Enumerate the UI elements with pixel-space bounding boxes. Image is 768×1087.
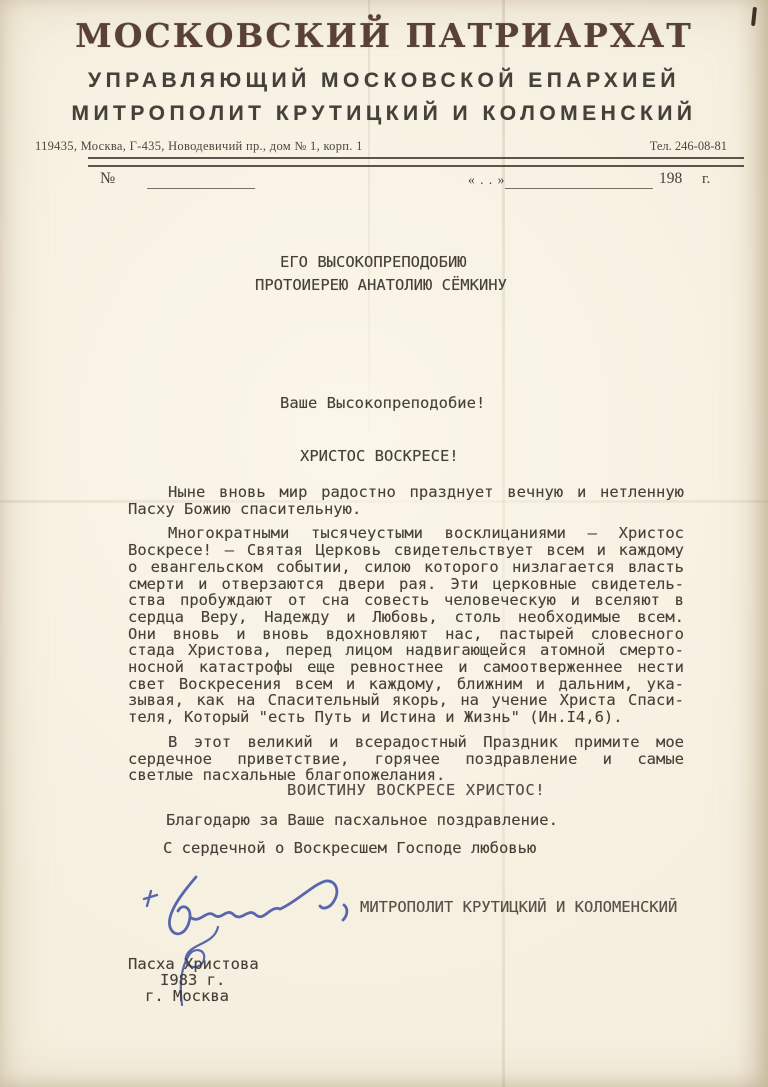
body-line: Ныне вновь мир радостно празднует вечную… bbox=[128, 484, 684, 501]
paschal-greeting: ХРИСТОС ВОСКРЕСЕ! bbox=[300, 448, 459, 465]
body-paragraph: Ныне вновь мир радостно празднует вечную… bbox=[128, 484, 684, 517]
footer-city: г. Москва bbox=[145, 988, 229, 1005]
date-year: 198 bbox=[659, 170, 682, 188]
body-line: стада Христова, перед лицом надвигающейс… bbox=[128, 642, 684, 659]
body-line: сердца Веру, Надежду и Любовь, столь нео… bbox=[128, 609, 684, 626]
body-line: Они вновь и вновь вдохновляют нас, пасты… bbox=[128, 626, 684, 643]
date-blank bbox=[505, 188, 653, 189]
body-line: носной катастрофы еще ревностнее и самоо… bbox=[128, 659, 684, 676]
body-paragraph: Многократными тысячеустыми восклицаниями… bbox=[128, 525, 684, 725]
salutation: Ваше Высокопреподобие! bbox=[280, 395, 485, 412]
date-quote-marks: « . . » bbox=[468, 172, 505, 188]
letterhead-subtitle-2: МИТРОПОЛИТ КРУТИЦКИЙ И КОЛОМЕНСКИЙ bbox=[0, 103, 768, 125]
closing-thanks: Благодарю за Ваше пасхальное поздравлени… bbox=[166, 812, 558, 829]
body-line: теля, Который "есть Путь и Истина и Жизн… bbox=[128, 709, 684, 726]
body-line: ства пробуждают от сна совесть человечес… bbox=[128, 592, 684, 609]
addressee-line-1: ЕГО ВЫСОКОПРЕПОДОБИЮ bbox=[280, 254, 467, 271]
body-line: Пасху Божию спасительную. bbox=[128, 501, 684, 518]
body-line: сердечное приветствие, горячее поздравле… bbox=[128, 751, 684, 768]
document-number-label: № bbox=[100, 170, 115, 188]
paper-crease bbox=[368, 0, 370, 430]
letterhead-divider bbox=[88, 157, 744, 167]
body-paragraphs: Ныне вновь мир радостно празднует вечную… bbox=[128, 484, 684, 792]
letterhead-phone: Тел. 246-08-81 bbox=[650, 139, 727, 154]
body-line: Воскресе! – Святая Церковь свидетельству… bbox=[128, 542, 684, 559]
letterhead-subtitle-1: УПРАВЛЯЮЩИЙ МОСКОВСКОЙ ЕПАРХИЕЙ bbox=[0, 70, 768, 92]
body-line: зывая, как на Спасительный якорь, на уче… bbox=[128, 692, 684, 709]
paschal-response: ВОИСТИНУ ВОСКРЕСЕ ХРИСТОС! bbox=[287, 782, 545, 799]
body-paragraph: В этот великий и всерадостный Праздник п… bbox=[128, 734, 684, 784]
body-line: свет Воскресения всем и каждому, ближним… bbox=[128, 676, 684, 693]
date-year-suffix: г. bbox=[702, 171, 710, 188]
addressee-line-2: ПРОТОИЕРЕЮ АНАТОЛИЮ СЁМКИНУ bbox=[255, 277, 507, 294]
body-line: смерти и отверзаются двери рая. Эти церк… bbox=[128, 576, 684, 593]
closing-valediction: С сердечной о Воскресшем Господе любовью bbox=[163, 840, 536, 857]
signer-title: МИТРОПОЛИТ КРУТИЦКИЙ И КОЛОМЕНСКИЙ bbox=[360, 899, 677, 916]
body-line: В этот великий и всерадостный Праздник п… bbox=[128, 734, 684, 751]
body-line: Многократными тысячеустыми восклицаниями… bbox=[128, 525, 684, 542]
letterhead-address: 119435, Москва, Г-435, Новодевичий пр., … bbox=[35, 139, 363, 154]
body-line: о евангельском событии, силою которого н… bbox=[128, 559, 684, 576]
letter-page: МОСКОВСКИЙ ПАТРИАРХАТ УПРАВЛЯЮЩИЙ МОСКОВ… bbox=[0, 0, 768, 1087]
document-number-blank bbox=[147, 188, 255, 189]
letterhead-title: МОСКОВСКИЙ ПАТРИАРХАТ bbox=[0, 19, 768, 53]
